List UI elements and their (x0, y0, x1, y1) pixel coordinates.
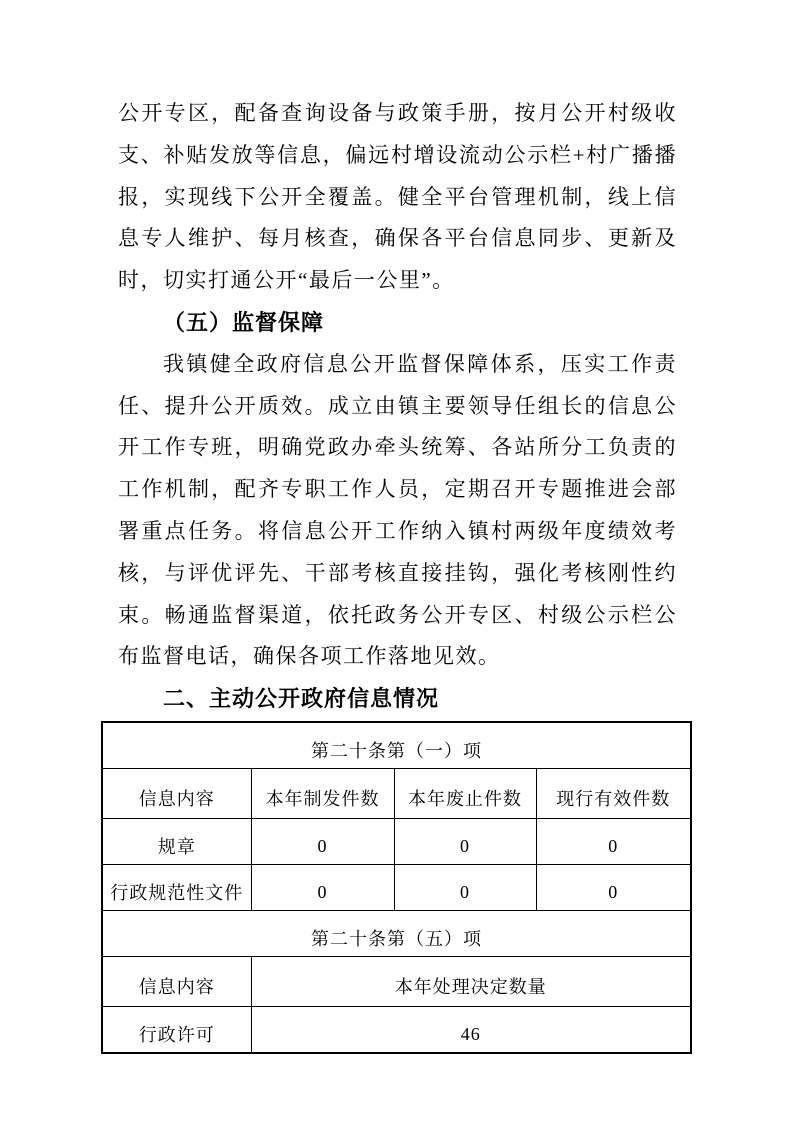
paragraph-continuation: 公开专区，配备查询设备与政策手册，按月公开村级收支、补贴发放等信息，偏远村增设流… (118, 93, 677, 302)
heading-section-two: 二、主动公开政府信息情况 (118, 678, 677, 720)
table-row: 信息内容 本年制发件数 本年废止件数 现行有效件数 (102, 769, 691, 819)
column-header-decisions-this-year: 本年处理决定数量 (251, 957, 691, 1007)
table-row: 行政规范性文件 0 0 0 (102, 865, 691, 911)
column-header-info-content: 信息内容 (102, 769, 251, 819)
table-row: 行政许可 46 (102, 1007, 691, 1054)
column-header-info-content: 信息内容 (102, 957, 251, 1007)
cell-value: 46 (251, 1007, 691, 1054)
heading-section-five: （五）监督保障 (118, 302, 677, 344)
table-section-title-article20-item1: 第二十条第（一）项 (102, 722, 691, 769)
disclosure-table: 第二十条第（一）项 信息内容 本年制发件数 本年废止件数 现行有效件数 规章 0… (101, 721, 692, 1054)
column-header-currently-valid: 现行有效件数 (536, 769, 691, 819)
table-row: 第二十条第（一）项 (102, 722, 691, 769)
column-header-issued-this-year: 本年制发件数 (251, 769, 394, 819)
cell-value: 0 (251, 819, 394, 865)
column-header-repealed-this-year: 本年废止件数 (394, 769, 536, 819)
cell-row-label-administrative-license: 行政许可 (102, 1007, 251, 1054)
cell-value: 0 (251, 865, 394, 911)
table-row: 信息内容 本年处理决定数量 (102, 957, 691, 1007)
text-block: 公开专区，配备查询设备与政策手册，按月公开村级收支、补贴发放等信息，偏远村增设流… (118, 93, 677, 720)
cell-value: 0 (394, 865, 536, 911)
cell-value: 0 (536, 819, 691, 865)
cell-row-label-rules: 规章 (102, 819, 251, 865)
cell-value: 0 (536, 865, 691, 911)
table-row: 第二十条第（五）项 (102, 911, 691, 957)
cell-value: 0 (394, 819, 536, 865)
document-page: 公开专区，配备查询设备与政策手册，按月公开村级收支、补贴发放等信息，偏远村增设流… (0, 0, 793, 1122)
paragraph-supervision: 我镇健全政府信息公开监督保障体系，压实工作责任、提升公开质效。成立由镇主要领导任… (118, 344, 677, 678)
table-section-title-article20-item5: 第二十条第（五）项 (102, 911, 691, 957)
cell-row-label-normative-documents: 行政规范性文件 (102, 865, 251, 911)
table-row: 规章 0 0 0 (102, 819, 691, 865)
